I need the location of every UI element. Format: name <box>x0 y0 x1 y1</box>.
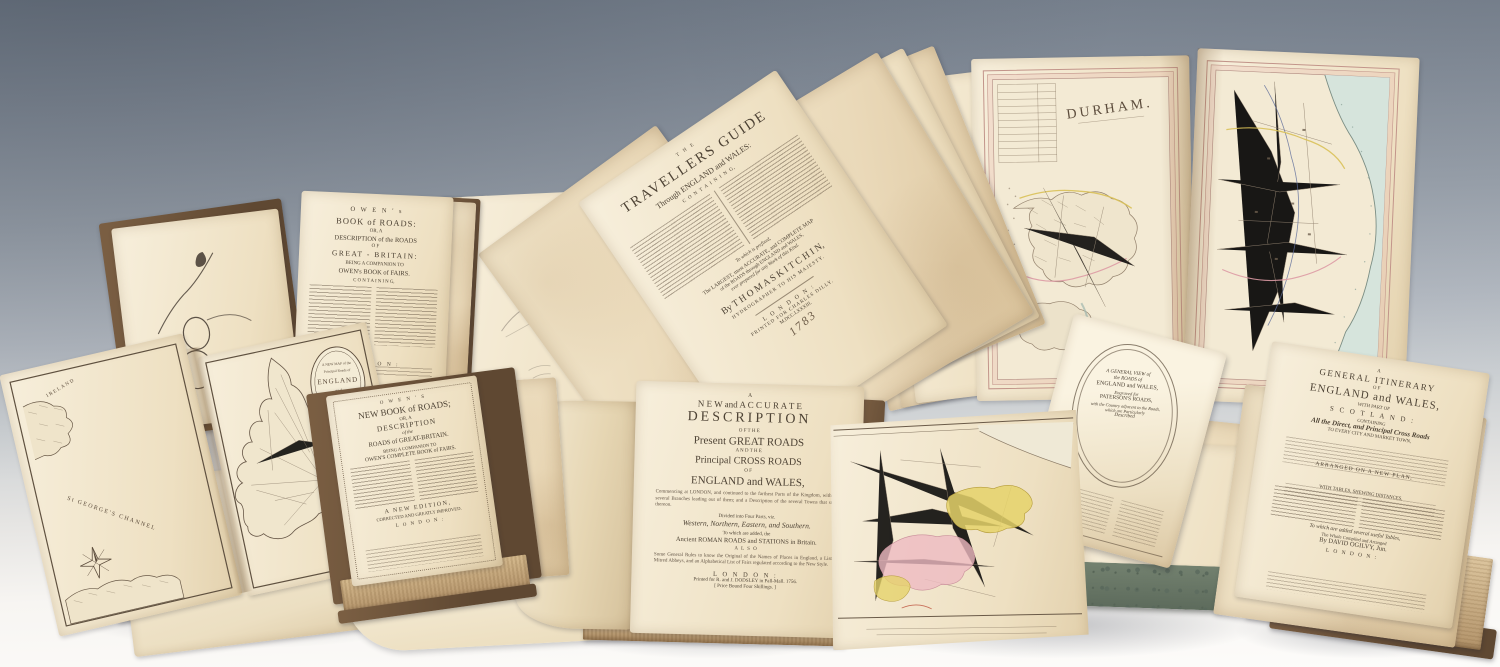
compass-rose-icon <box>77 543 115 581</box>
cartouche-oval-inner <box>1071 345 1178 487</box>
faint-table-lines <box>1112 500 1164 548</box>
owen-new-title-page: O W E N ' S NEW BOOK of ROADS; OR, A DES… <box>326 375 503 586</box>
photo-antique-books: DURHAM. <box>0 0 1500 667</box>
title-paragraph: Some General Rules to know the Original … <box>654 552 838 570</box>
title-paragraph: Commencing at LONDON, and continued to t… <box>655 489 839 513</box>
cartouche-oval: A GENERAL VIEW of the ROADS of ENGLAND a… <box>1066 339 1184 492</box>
map-label-ireland: IRELAND <box>46 378 76 399</box>
paterson-coloured-map <box>829 414 1085 647</box>
paterson-map-page <box>825 410 1089 651</box>
map-label-channel: St GEORGE'S CHANNEL <box>66 496 157 532</box>
itinerary-title-page: A GENERAL ITINERARY O F ENGLAND and WALE… <box>1234 341 1490 629</box>
book-owen-new-roads: O W E N ' S NEW BOOK of ROADS; OR, A DES… <box>306 358 581 633</box>
book-general-itinerary: A GENERAL ITINERARY O F ENGLAND and WALE… <box>1228 342 1500 667</box>
